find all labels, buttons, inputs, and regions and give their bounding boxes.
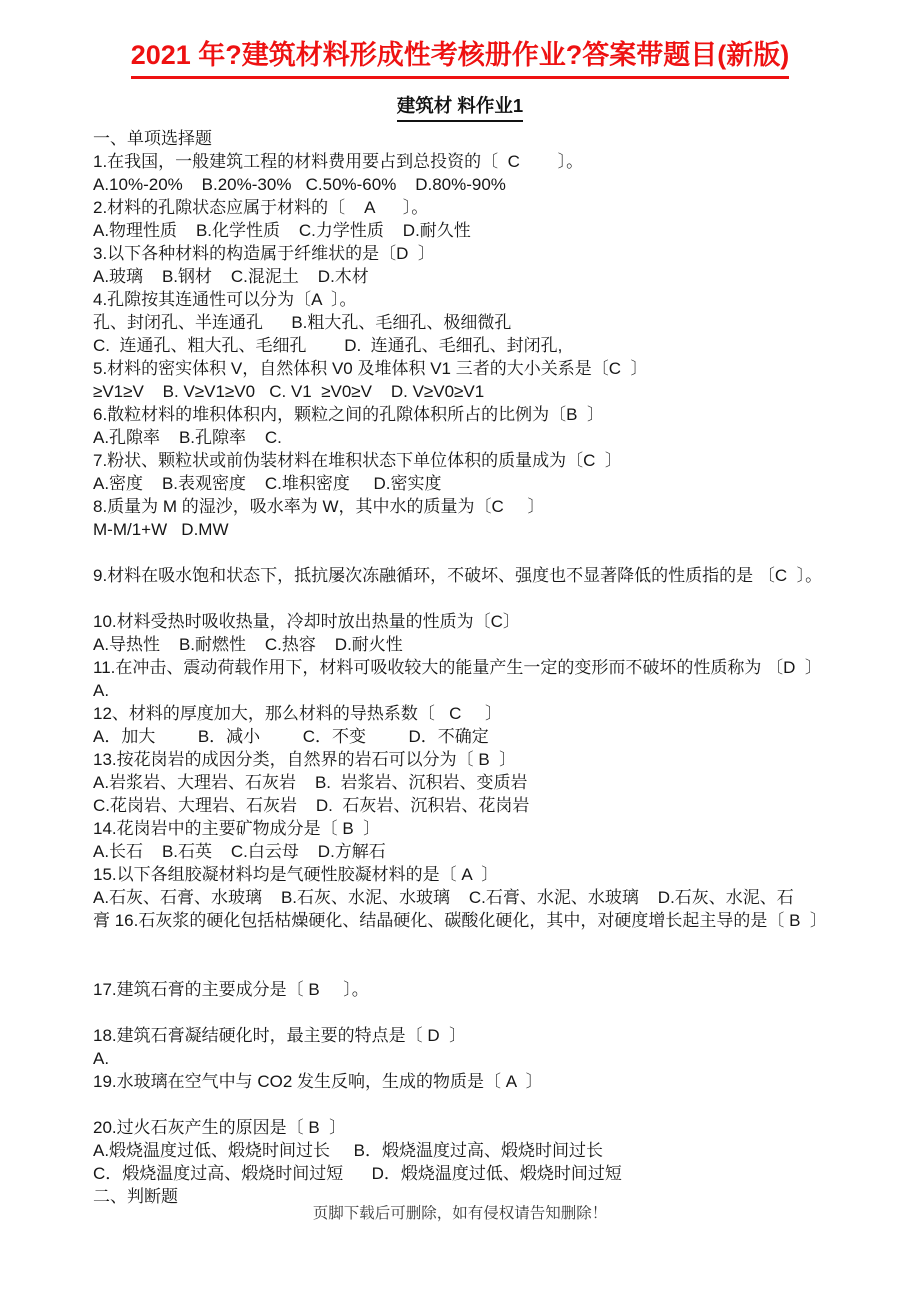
text-line: A.长石 B.石英 C.白云母 D.方解石 <box>93 840 886 863</box>
text-line: 9.材料在吸水饱和状态下，抵抗屡次冻融循环，不破坏、强度也不显著降低的性质指的是… <box>93 564 886 587</box>
footer-note: 页脚下载后可删除，如有侵权请告知删除！ <box>0 1201 920 1223</box>
text-line: 5.材料的密实体积 V，自然体积 V0 及堆体积 V1 三者的大小关系是〔C 〕 <box>93 357 886 380</box>
text-line: 12、材料的厚度加大，那么材料的导热系数〔 C 〕 <box>93 702 886 725</box>
text-line: 17.建筑石膏的主要成分是〔 B 〕。 <box>93 978 886 1001</box>
text-line: 6.散粒材料的堆积体积内，颗粒之间的孔隙体积所占的比例为〔B 〕 <box>93 403 886 426</box>
text-line: A.石灰、石膏、水玻璃 B.石灰、水泥、水玻璃 C.石膏、水泥、水玻璃 D.石灰… <box>93 886 886 909</box>
text-line: 19.水玻璃在空气中与 CO2 发生反响，生成的物质是〔 A 〕 <box>93 1070 886 1093</box>
text-line: C. 连通孔、粗大孔、毛细孔 D. 连通孔、毛细孔、封闭孔, <box>93 334 886 357</box>
text-line: 14.花岗岩中的主要矿物成分是〔 B 〕 <box>93 817 886 840</box>
text-line: 2.材料的孔隙状态应属于材料的〔 A 〕。 <box>93 196 886 219</box>
text-line: 一、单项选择题 <box>93 127 886 150</box>
text-line <box>93 541 886 564</box>
text-line: 4.孔隙按其连通性可以分为〔A 〕。 <box>93 288 886 311</box>
text-line: 18.建筑石膏凝结硬化时，最主要的特点是〔 D 〕 <box>93 1024 886 1047</box>
text-line: 15.以下各组胶凝材料均是气硬性胶凝材料的是〔 A 〕 <box>93 863 886 886</box>
text-line: M-M/1+W D.MW <box>93 518 886 541</box>
text-line <box>93 1001 886 1024</box>
text-line: 3.以下各种材料的构造属于纤维状的是〔D 〕 <box>93 242 886 265</box>
text-line: A.煅烧温度过低、煅烧时间过长 B．煅烧温度过高、煅烧时间过长 <box>93 1139 886 1162</box>
text-line: 7.粉状、颗粒状或前伪装材料在堆积状态下单位体积的质量成为〔C 〕 <box>93 449 886 472</box>
question-list: 一、单项选择题1.在我国，一般建筑工程的材料费用要占到总投资的〔 C 〕。A.1… <box>93 127 886 1208</box>
document-title: 2021 年?建筑材料形成性考核册作业?答案带题目(新版) <box>131 40 790 79</box>
text-line: 13.按花岗岩的成因分类，自然界的岩石可以分为〔 B 〕 <box>93 748 886 771</box>
document-page: 2021 年?建筑材料形成性考核册作业?答案带题目(新版) 建筑材 料作业1 一… <box>0 0 920 1302</box>
text-line: A.玻璃 B.钢材 C.混泥土 D.木材 <box>93 265 886 288</box>
text-line <box>93 955 886 978</box>
text-line: A.10%-20% B.20%-30% C.50%-60% D.80%-90% <box>93 173 886 196</box>
text-line: A．加大 B．减小 C．不变 D．不确定 <box>93 725 886 748</box>
text-line: A. <box>93 679 886 702</box>
text-line: A.孔隙率 B.孔隙率 C. <box>93 426 886 449</box>
text-line: A.物理性质 B.化学性质 C.力学性质 D.耐久性 <box>93 219 886 242</box>
text-line: 孔、封闭孔、半连通孔 B.粗大孔、毛细孔、极细微孔 <box>93 311 886 334</box>
text-line: C.花岗岩、大理岩、石灰岩 D. 石灰岩、沉积岩、花岗岩 <box>93 794 886 817</box>
text-line: 8.质量为 M 的湿沙，吸水率为 W，其中水的质量为〔C 〕 <box>93 495 886 518</box>
text-line: C．煅烧温度过高、煅烧时间过短 D．煅烧温度过低、煅烧时间过短 <box>93 1162 886 1185</box>
text-line: A. <box>93 1047 886 1070</box>
text-line: 11.在冲击、震动荷载作用下，材料可吸收较大的能量产生一定的变形而不破坏的性质称… <box>93 656 886 679</box>
text-line: A.密度 B.表观密度 C.堆积密度 D.密实度 <box>93 472 886 495</box>
document-subtitle: 建筑材 料作业1 <box>397 92 523 122</box>
text-line: A.岩浆岩、大理岩、石灰岩 B. 岩浆岩、沉积岩、变质岩 <box>93 771 886 794</box>
text-line <box>93 587 886 610</box>
text-line <box>93 932 886 955</box>
text-line: 1.在我国，一般建筑工程的材料费用要占到总投资的〔 C 〕。 <box>93 150 886 173</box>
text-line: A.导热性 B.耐燃性 C.热容 D.耐火性 <box>93 633 886 656</box>
text-line: 10.材料受热时吸收热量，冷却时放出热量的性质为〔C〕 <box>93 610 886 633</box>
text-line <box>93 1093 886 1116</box>
title-row: 2021 年?建筑材料形成性考核册作业?答案带题目(新版) <box>0 0 920 79</box>
subtitle-row: 建筑材 料作业1 <box>0 92 920 122</box>
text-line: 膏 16.石灰浆的硬化包括枯燥硬化、结晶硬化、碳酸化硬化，其中，对硬度增长起主导… <box>93 909 886 932</box>
text-line: 20.过火石灰产生的原因是〔 B 〕 <box>93 1116 886 1139</box>
text-line: ≥V1≥V B. V≥V1≥V0 C. V1 ≥V0≥V D. V≥V0≥V1 <box>93 380 886 403</box>
